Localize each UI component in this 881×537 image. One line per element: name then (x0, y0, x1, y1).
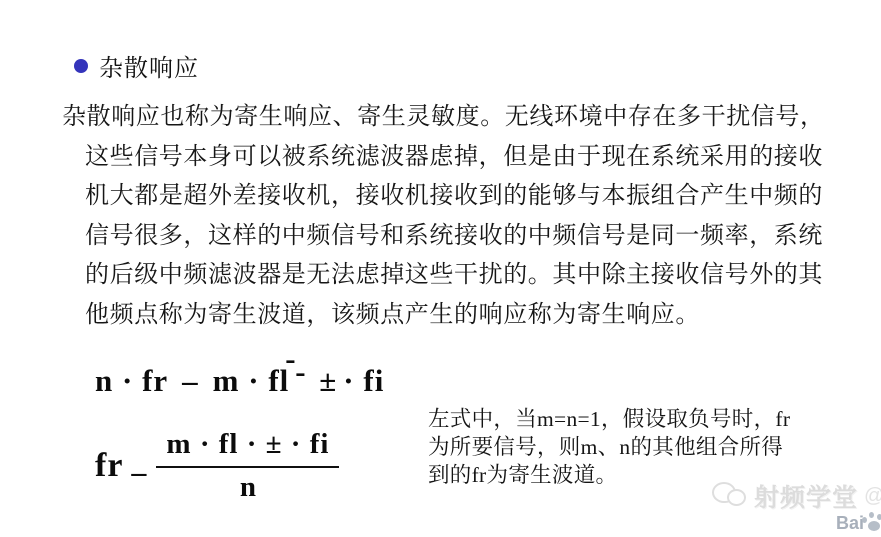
watermark-handle-text: @t (864, 485, 881, 508)
baidu-logo: Bai (836, 512, 881, 534)
slide-title-text: 杂散响应 (99, 48, 199, 83)
formula-spurious-condition: n · fr–m · fl--±· fi (95, 360, 384, 399)
body-paragraph: 杂散响应也称为寄生响应、寄生灵敏度。无线环境中存在多干扰信号， 这些信号本身可以… (62, 98, 847, 335)
slide-title: 杂散响应 (74, 48, 199, 83)
note-line-2: 为所要信号，则m、n的其他组合所得 (428, 434, 790, 462)
paragraph-line-5: 的后级中频滤波器是无法虑掉这些干扰的。其中除主接收信号外的其 (85, 256, 847, 296)
f1-mid-term: m · fl (213, 363, 290, 398)
wechat-bubble-small (727, 489, 746, 506)
side-note: 左式中，当m=n=1，假设取负号时，fr 为所要信号，则m、n的其他组合所得 到… (428, 406, 790, 489)
f2-equals-sign: – (131, 456, 146, 490)
paragraph-line-3: 机大都是超外差接收机，接收机接收到的能够与本振组合产生中频的 (85, 177, 847, 217)
paragraph-line-6: 他频点称为寄生波道，该频点产生的响应称为寄生响应。 (85, 296, 847, 336)
f2-lhs: fr (95, 447, 123, 485)
f1-plus-minus-sign: ± (319, 363, 337, 398)
brand-watermark: 射频学堂 @t (712, 478, 881, 514)
f1-right-term: · fi (343, 363, 384, 398)
paragraph-line-4: 信号很多，这样的中频信号和系统接收的中频信号是同一频率，系统 (85, 217, 847, 257)
fraction-numerator: m · fl · ± · fi (156, 428, 339, 468)
bullet-icon (74, 59, 88, 73)
wechat-icon (712, 480, 748, 512)
note-line-1: 左式中，当m=n=1，假设取负号时，fr (428, 406, 790, 434)
paragraph-line-2: 这些信号本身可以被系统滤波器虑掉，但是由于现在系统采用的接收 (85, 138, 847, 178)
paragraph-line-1: 杂散响应也称为寄生响应、寄生灵敏度。无线环境中存在多干扰信号， (62, 98, 847, 138)
fraction: m · fl · ± · fi n (156, 428, 339, 504)
slide: 杂散响应 杂散响应也称为寄生响应、寄生灵敏度。无线环境中存在多干扰信号， 这些信… (0, 0, 881, 537)
watermark-brand-text: 射频学堂 (754, 478, 858, 514)
baidu-paw-icon (862, 512, 881, 534)
fraction-denominator: n (156, 468, 339, 504)
f1-minus-sign: – (182, 363, 199, 398)
broken-equals-icon: -- (289, 360, 319, 391)
f1-left-term: n · fr (95, 363, 168, 398)
baidu-logo-text: Bai (836, 513, 864, 534)
formula-fr-solution: fr – m · fl · ± · fi n (95, 428, 339, 504)
